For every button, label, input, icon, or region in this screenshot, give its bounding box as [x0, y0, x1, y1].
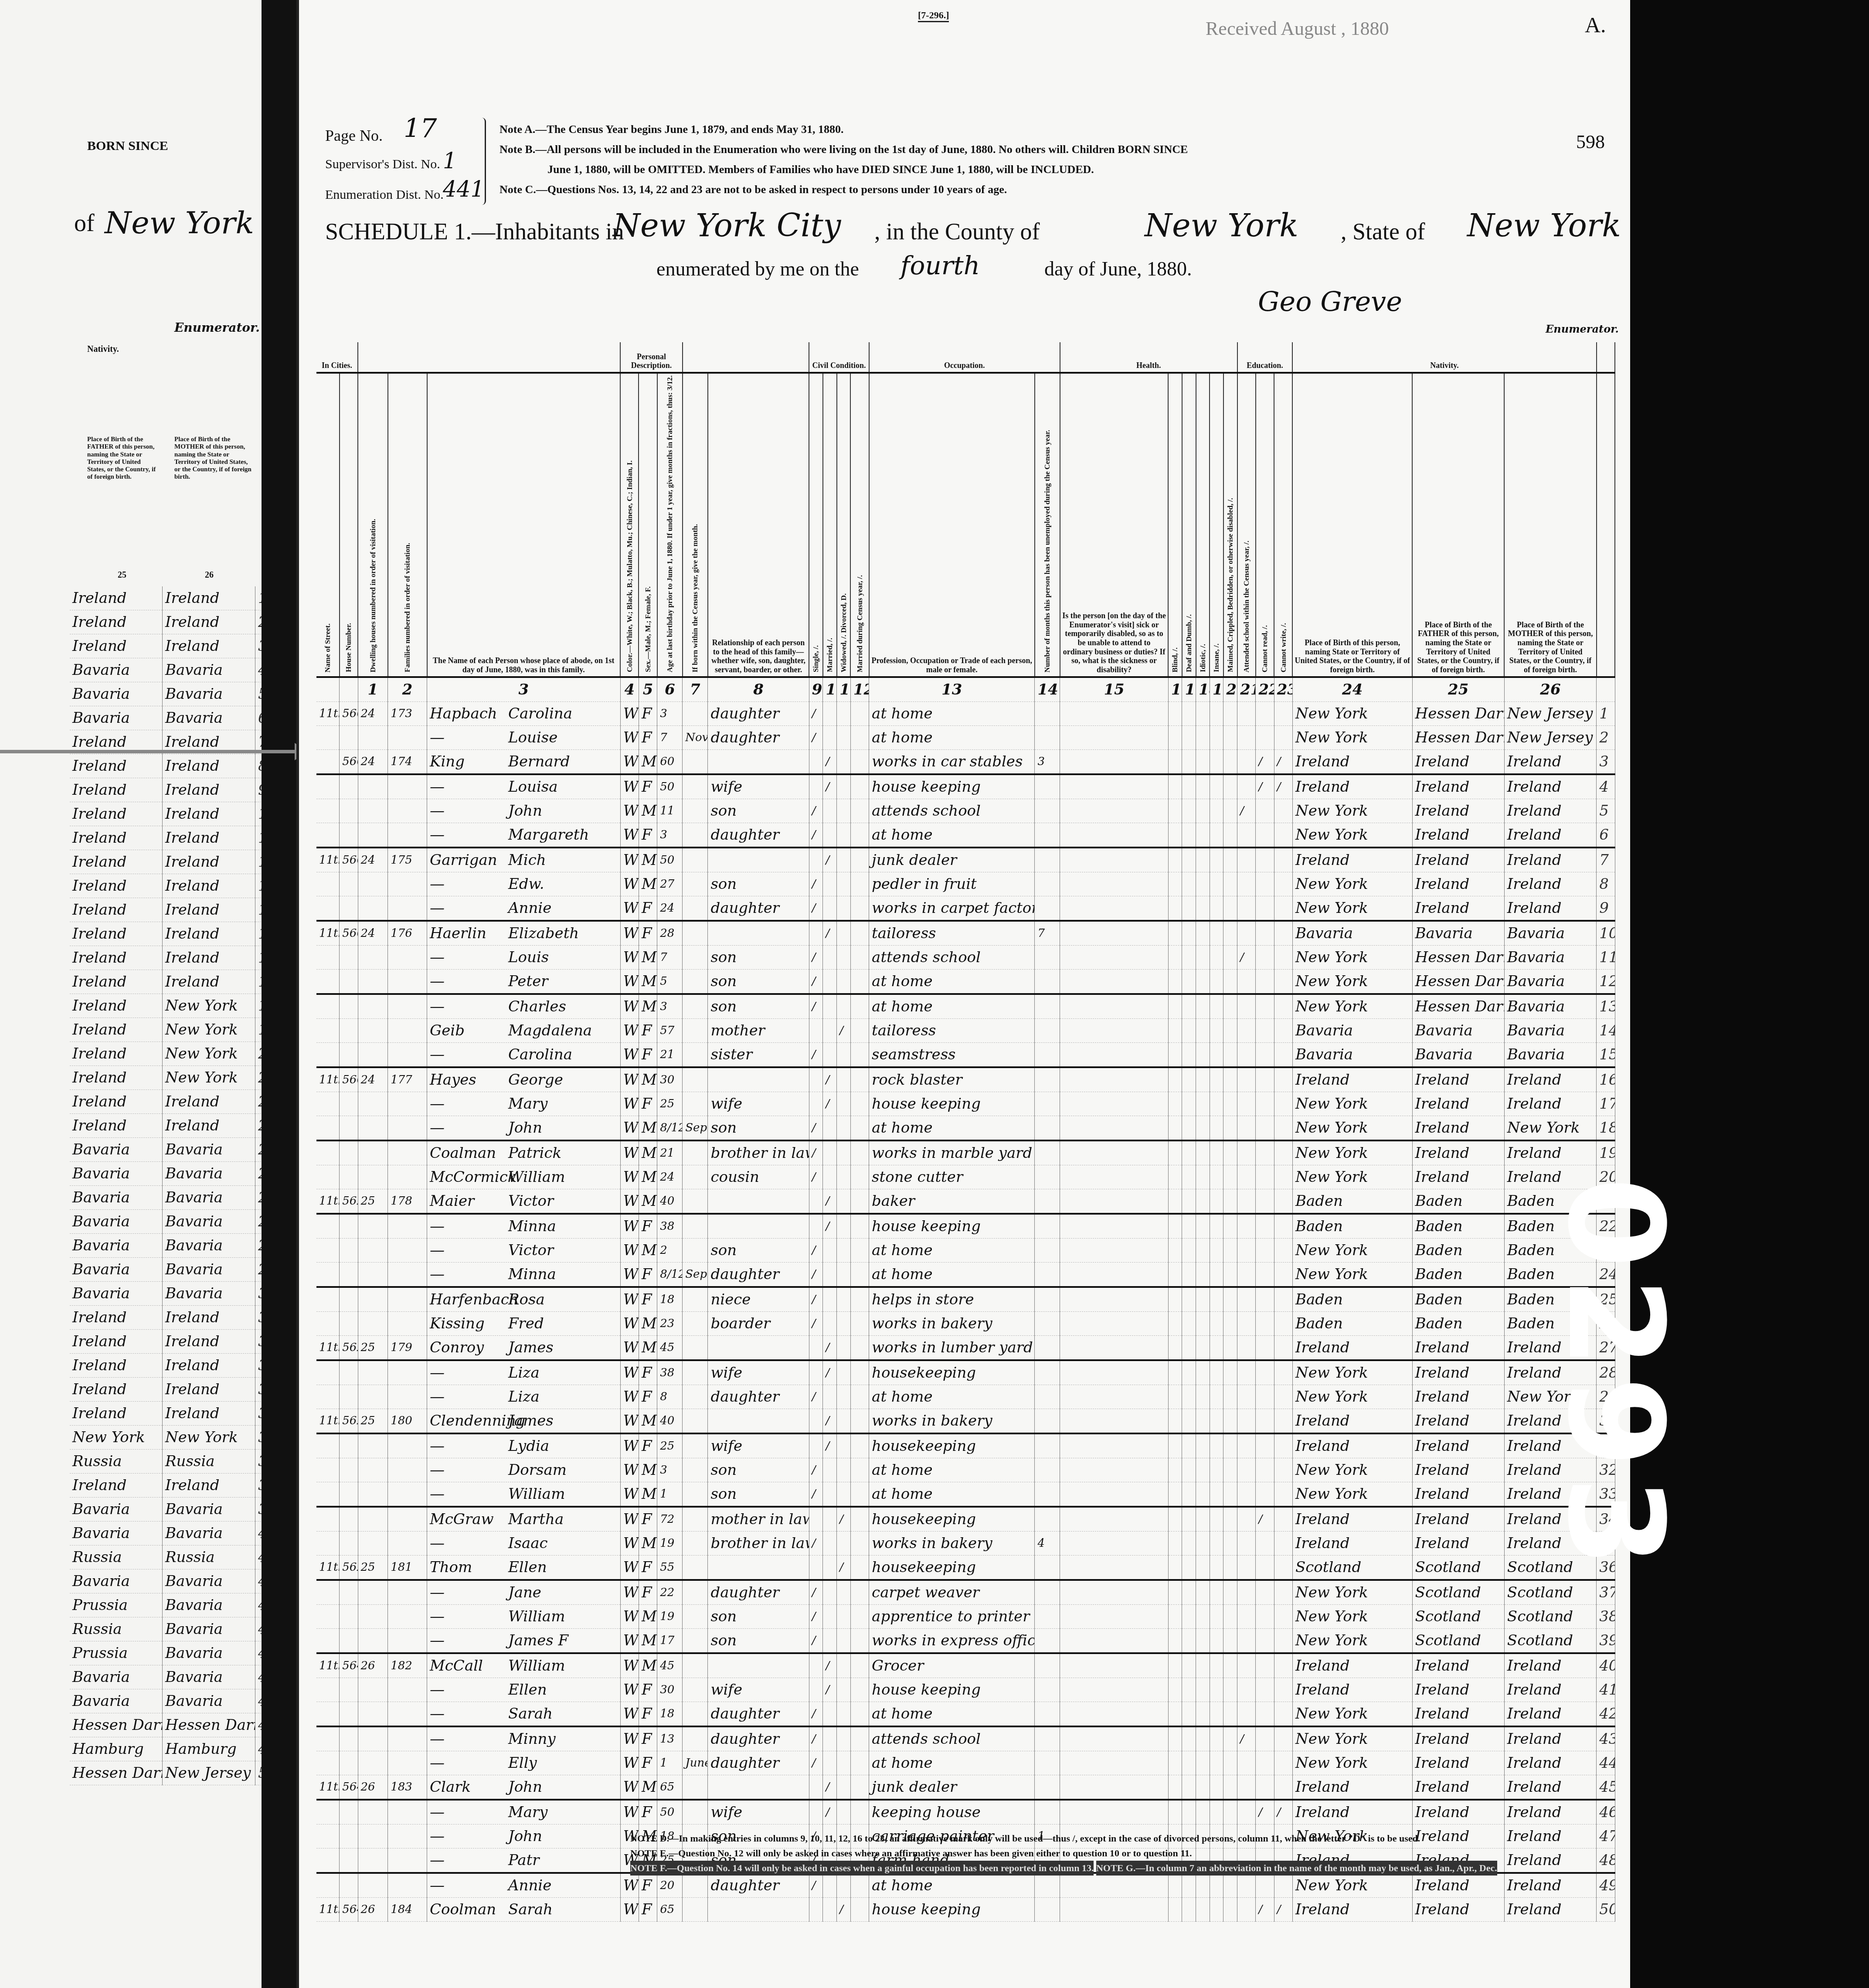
cell-line: 41 [1597, 1678, 1615, 1702]
census-row: —AnnieWF24daughter/works in carpet facto… [316, 896, 1615, 921]
census-row: 11th Ave56225180ClendenningJamesWM40/wor… [316, 1409, 1615, 1433]
cell-street [316, 1482, 340, 1507]
cell-dwelling: 24 [358, 749, 388, 774]
cell-married: / [823, 1214, 837, 1239]
cell-married [823, 1165, 837, 1189]
person-name: —Patr [427, 1848, 621, 1873]
cell-empty [1196, 1018, 1210, 1042]
cell-married [823, 1555, 837, 1580]
census-row: —LouisWM7son/attends school/New YorkHess… [316, 945, 1615, 969]
cell-street [316, 1580, 340, 1605]
cell-dwelling [358, 969, 388, 994]
group-occupation: Occupation. [869, 342, 1060, 373]
cell-occupation: tailoress [869, 1018, 1035, 1042]
cell-read [1256, 1189, 1274, 1214]
cell-relation [708, 1897, 809, 1921]
cell-empty [1168, 1335, 1182, 1360]
cell-dwelling [358, 1482, 388, 1507]
cell-single [809, 1555, 823, 1580]
cell-empty [1210, 799, 1223, 823]
cell-relation: niece [708, 1287, 809, 1312]
cell-house: 560 [340, 921, 358, 946]
cell-empty [1182, 1262, 1196, 1287]
cell-empty [1196, 1555, 1210, 1580]
cell-street [316, 774, 340, 799]
cell-father-birth: Ireland [70, 1402, 163, 1426]
cell-write [1274, 1385, 1292, 1409]
cell-empty [1210, 725, 1223, 749]
cell-color: W [620, 1726, 639, 1751]
cell-birth: Bavaria [1292, 1042, 1412, 1067]
cell-sex: M [639, 969, 657, 994]
left-row: IrelandIreland10 [70, 802, 274, 826]
column-header: Married during Census year, /. [850, 373, 869, 677]
cell-month [683, 1189, 708, 1214]
cell-empty [1196, 1238, 1210, 1262]
cell-dwelling [358, 1702, 388, 1726]
cell-empty [1210, 1580, 1223, 1605]
cell-mother-birth: Bavaria [163, 1498, 255, 1522]
cell-empty [1168, 823, 1182, 848]
cell-father-birth: Bavaria [70, 1258, 163, 1282]
cell-mother-birth: Bavaria [163, 706, 255, 730]
cell-street [316, 1165, 340, 1189]
cell-occupation: works in bakery [869, 1409, 1035, 1433]
cell-relation: mother in law [708, 1507, 809, 1532]
cell-empty [1182, 1800, 1196, 1825]
left-of-label: of [74, 209, 95, 237]
cell-md_yr [850, 1335, 869, 1360]
cell-empty [1223, 969, 1237, 994]
cell-line: 8 [1597, 872, 1615, 896]
cell-single: / [809, 969, 823, 994]
cell-father: Ireland [1412, 1165, 1504, 1189]
cell-sex: M [639, 1116, 657, 1140]
census-row: —LizaWF38wife/housekeepingNew YorkIrelan… [316, 1360, 1615, 1385]
cell-attend [1237, 1507, 1256, 1532]
cell-write [1274, 1653, 1292, 1678]
cell-family [388, 1238, 427, 1262]
column-header: Profession, Occupation or Trade of each … [869, 373, 1035, 677]
cell-empty [1168, 749, 1182, 774]
cell-dwelling [358, 1433, 388, 1458]
cell-single [809, 1189, 823, 1214]
cell-house [340, 1580, 358, 1605]
cell-married: / [823, 1067, 837, 1092]
person-name: McCormickWilliam [427, 1165, 621, 1189]
cell-attend [1237, 823, 1256, 848]
cell-sick [1060, 1067, 1168, 1092]
cell-relation: brother in law [708, 1531, 809, 1555]
left-row: BavariaBavaria27 [70, 1210, 274, 1234]
cell-sick [1060, 1311, 1168, 1335]
cell-age: 19 [657, 1531, 683, 1555]
cell-married [823, 1702, 837, 1726]
cell-dwelling: 26 [358, 1775, 388, 1800]
cell-empty [1223, 1042, 1237, 1067]
census-table: In Cities. Personal Description. Civil C… [316, 342, 1615, 1922]
given-name: Minna [508, 1266, 556, 1283]
cell-widowed [837, 1628, 851, 1653]
left-row: BavariaBavaria46 [70, 1665, 274, 1689]
cell-dwelling: 25 [358, 1409, 388, 1433]
cell-sick [1060, 1897, 1168, 1921]
cell-father: Baden [1412, 1189, 1504, 1214]
cell-widowed [837, 994, 851, 1019]
cell-empty [1210, 1800, 1223, 1825]
cell-dwelling [358, 1287, 388, 1312]
cell-dwelling [358, 1800, 388, 1825]
cell-empty [1210, 1897, 1223, 1921]
cell-unemp [1035, 1800, 1060, 1825]
cell-mother-birth: Ireland [163, 634, 255, 658]
cell-father-birth: Bavaria [70, 1186, 163, 1210]
cell-father: Ireland [1412, 1775, 1504, 1800]
cell-empty [1182, 1360, 1196, 1385]
column-number: 24 [1292, 677, 1412, 702]
cell-sick [1060, 1287, 1168, 1312]
cell-empty [1210, 1214, 1223, 1239]
surname: — [430, 1632, 508, 1649]
cell-married [823, 1287, 837, 1312]
given-name: Martha [508, 1511, 564, 1528]
cell-single: / [809, 994, 823, 1019]
cell-father-birth: Ireland [70, 1330, 163, 1354]
cell-empty [1168, 994, 1182, 1019]
cell-dwelling [358, 1604, 388, 1628]
cell-read [1256, 1409, 1274, 1433]
cell-unemp [1035, 1897, 1060, 1921]
cell-widowed [837, 1800, 851, 1825]
cell-mother: New Jersey [1504, 701, 1596, 725]
cell-house [340, 1702, 358, 1726]
cell-md_yr [850, 1018, 869, 1042]
group-civil: Civil Condition. [809, 342, 869, 373]
left-row: IrelandNew York20 [70, 1042, 274, 1066]
cell-father: Ireland [1412, 1067, 1504, 1092]
census-row: —EllenWF30wife/house keepingIrelandIrela… [316, 1678, 1615, 1702]
given-name: Mary [508, 1095, 548, 1113]
cell-month [683, 1702, 708, 1726]
cell-house [340, 1751, 358, 1775]
cell-line: 11 [1597, 945, 1615, 969]
person-name: HaerlinElizabeth [427, 921, 621, 946]
cell-sex: M [639, 1140, 657, 1165]
cell-line: 19 [1597, 1140, 1615, 1165]
cell-married [823, 1751, 837, 1775]
cell-line: 38 [1597, 1604, 1615, 1628]
column-header: Place of Birth of the FATHER of this per… [1412, 373, 1504, 677]
cell-unemp [1035, 1775, 1060, 1800]
cell-mother-birth: Hamburg [163, 1737, 255, 1761]
cell-single: / [809, 1580, 823, 1605]
cell-occupation: house keeping [869, 774, 1035, 799]
cell-age: 50 [657, 1800, 683, 1825]
cell-father-birth: Bavaria [70, 1234, 163, 1258]
given-name: Annie [508, 1877, 551, 1894]
cell-unemp [1035, 1702, 1060, 1726]
cell-read [1256, 1287, 1274, 1312]
cell-occupation: at home [869, 994, 1035, 1019]
cell-father-birth: Bavaria [70, 1282, 163, 1306]
column-header: Dwelling houses numbered in order of vis… [358, 373, 388, 677]
cell-birth: Ireland [1292, 1507, 1412, 1532]
given-name: Victor [508, 1242, 554, 1259]
cell-attend [1237, 896, 1256, 921]
cell-father: Scotland [1412, 1628, 1504, 1653]
surname: — [430, 729, 508, 746]
person-name: ClendenningJames [427, 1409, 621, 1433]
cell-mother-birth: Bavaria [163, 1665, 255, 1689]
cell-family [388, 1385, 427, 1409]
cell-md_yr [850, 1311, 869, 1335]
cell-single: / [809, 1262, 823, 1287]
cell-write [1274, 799, 1292, 823]
cell-relation: daughter [708, 1262, 809, 1287]
cell-empty [1210, 749, 1223, 774]
census-row: —JohnWM8/12Septson/at homeNew YorkIrelan… [316, 1116, 1615, 1140]
cell-sex: F [639, 921, 657, 946]
cell-read [1256, 823, 1274, 848]
cell-empty [1182, 1287, 1196, 1312]
cell-relation [708, 1775, 809, 1800]
enumerated-day: fourth [901, 251, 980, 280]
cell-empty [1168, 872, 1182, 896]
surname: Haerlin [430, 925, 508, 942]
microfilm-number: 0293 [1539, 1177, 1691, 1576]
cell-house [340, 1214, 358, 1239]
cell-dwelling [358, 1678, 388, 1702]
surname: — [430, 949, 508, 966]
cell-father-birth: Ireland [70, 994, 163, 1018]
cell-father: Ireland [1412, 1433, 1504, 1458]
cell-relation: daughter [708, 1385, 809, 1409]
cell-relation: cousin [708, 1165, 809, 1189]
cell-sick [1060, 701, 1168, 725]
cell-unemp [1035, 945, 1060, 969]
cell-street [316, 1751, 340, 1775]
left-row: BavariaBavaria25 [70, 1162, 274, 1186]
cell-father-birth: Prussia [70, 1593, 163, 1617]
cell-empty [1182, 701, 1196, 725]
cell-father: Ireland [1412, 1458, 1504, 1482]
cell-empty [1168, 1678, 1182, 1702]
cell-relation [708, 921, 809, 946]
cell-write [1274, 1140, 1292, 1165]
cell-occupation: baker [869, 1189, 1035, 1214]
cell-mother: Bavaria [1504, 1018, 1596, 1042]
cell-father-birth: Hessen Darmst [70, 1761, 163, 1785]
cell-sick [1060, 1507, 1168, 1532]
column-header: Blind, /. [1168, 373, 1182, 677]
cell-dwelling [358, 872, 388, 896]
surname: Maier [430, 1192, 508, 1210]
group-education: Education. [1237, 342, 1293, 373]
left-row: IrelandIreland35 [70, 1402, 274, 1426]
person-name: —Mary [427, 1092, 621, 1116]
person-name: —Louise [427, 725, 621, 749]
cell-married: / [823, 1433, 837, 1458]
column-number: 7 [683, 677, 708, 702]
cell-month [683, 969, 708, 994]
cell-father-birth: Bavaria [70, 1522, 163, 1545]
cell-age: 13 [657, 1726, 683, 1751]
cell-occupation: at home [869, 1751, 1035, 1775]
form-code: [7-296.] [918, 10, 949, 22]
census-row: —MinnaWF38/house keepingBadenBadenBaden2… [316, 1214, 1615, 1239]
cell-occupation: works in carpet factory [869, 896, 1035, 921]
film-edge [1630, 0, 1869, 1988]
left-row: BavariaBavaria29 [70, 1258, 274, 1282]
cell-line: 43 [1597, 1726, 1615, 1751]
census-row: McGrawMarthaWF72mother in law/housekeepi… [316, 1507, 1615, 1532]
cell-sick [1060, 1678, 1168, 1702]
cell-empty [1182, 725, 1196, 749]
cell-street [316, 994, 340, 1019]
column-number: 20 [1223, 677, 1237, 702]
cell-age: 21 [657, 1140, 683, 1165]
surname: — [430, 1877, 508, 1894]
given-name: William [508, 1485, 565, 1503]
cell-month [683, 1360, 708, 1385]
left-row: IrelandIreland15 [70, 922, 274, 946]
cell-empty [1196, 1897, 1210, 1921]
cell-line: 13 [1597, 994, 1615, 1019]
column-number: 8 [708, 677, 809, 702]
cell-unemp [1035, 823, 1060, 848]
cell-birth: New York [1292, 701, 1412, 725]
cell-father: Bavaria [1412, 1042, 1504, 1067]
cell-empty [1196, 1800, 1210, 1825]
cell-md_yr [850, 1214, 869, 1239]
cell-month [683, 1092, 708, 1116]
surname: Hayes [430, 1071, 508, 1089]
surname: Garrigan [430, 851, 508, 869]
cell-mother-birth: Bavaria [163, 1162, 255, 1186]
cell-empty [1182, 1628, 1196, 1653]
column-number: 12 [850, 677, 869, 702]
cell-family: 174 [388, 749, 427, 774]
left-row: IrelandIreland1 [70, 586, 274, 610]
cell-house [340, 1165, 358, 1189]
cell-father-birth: Ireland [70, 1474, 163, 1498]
cell-md_yr [850, 1800, 869, 1825]
cell-empty [1182, 1482, 1196, 1507]
cell-empty [1210, 1653, 1223, 1678]
cell-sex: F [639, 1018, 657, 1042]
cell-md_yr [850, 823, 869, 848]
cell-age: 30 [657, 1067, 683, 1092]
cell-mother: Ireland [1504, 1775, 1596, 1800]
cell-md_yr [850, 1555, 869, 1580]
person-name: —Lydia [427, 1433, 621, 1458]
cell-mother: Ireland [1504, 1897, 1596, 1921]
column-number: 17 [1182, 677, 1196, 702]
column-number: 22 [1256, 677, 1274, 702]
column-header: Widowed, /. Divorced, D. [837, 373, 851, 677]
cell-write [1274, 1580, 1292, 1605]
cell-empty [1182, 1678, 1196, 1702]
cell-occupation: attends school [869, 1726, 1035, 1751]
cell-father: Ireland [1412, 1751, 1504, 1775]
cell-father-birth: Ireland [70, 970, 163, 994]
cell-dwelling [358, 823, 388, 848]
cell-sex: F [639, 1800, 657, 1825]
cell-relation: son [708, 1116, 809, 1140]
column-header: Place of Birth of the MOTHER of this per… [1504, 373, 1596, 677]
cell-empty [1210, 1335, 1223, 1360]
cell-unemp [1035, 1604, 1060, 1628]
cell-mother: Ireland [1504, 1848, 1596, 1873]
cell-write [1274, 1067, 1292, 1092]
cell-house [340, 1482, 358, 1507]
cell-age: 21 [657, 1042, 683, 1067]
cell-relation: son [708, 994, 809, 1019]
cell-month [683, 921, 708, 946]
census-row: —WilliamWM19son/apprentice to printerNew… [316, 1604, 1615, 1628]
cell-color: W [620, 1482, 639, 1507]
cell-sex: F [639, 1360, 657, 1385]
cell-empty [1182, 1507, 1196, 1532]
column-header: Relationship of each person to the head … [708, 373, 809, 677]
cell-color: W [620, 945, 639, 969]
cell-attend [1237, 848, 1256, 872]
person-name: —Liza [427, 1360, 621, 1385]
cell-attend [1237, 1751, 1256, 1775]
person-name: —Jane [427, 1580, 621, 1605]
cell-dwelling: 24 [358, 921, 388, 946]
cell-single [809, 921, 823, 946]
cell-age: 27 [657, 872, 683, 896]
cell-empty [1182, 1018, 1196, 1042]
cell-family [388, 1873, 427, 1898]
cell-age: 25 [657, 1433, 683, 1458]
cell-read [1256, 1385, 1274, 1409]
cell-widowed [837, 1580, 851, 1605]
cell-age: 45 [657, 1653, 683, 1678]
column-number: 16 [1168, 677, 1182, 702]
cell-write [1274, 1873, 1292, 1898]
cell-empty [1223, 872, 1237, 896]
left-row: BavariaBavaria42 [70, 1569, 274, 1593]
cell-married [823, 799, 837, 823]
cell-street: 11th Ave [316, 1189, 340, 1214]
corner-letter: A. [1585, 12, 1606, 37]
cell-mother: Ireland [1504, 1653, 1596, 1678]
cell-widowed [837, 1726, 851, 1751]
cell-color: W [620, 1140, 639, 1165]
cell-occupation: carpet weaver [869, 1580, 1035, 1605]
cell-father-birth: Russia [70, 1450, 163, 1474]
cell-empty [1210, 701, 1223, 725]
given-name: Magdalena [508, 1022, 592, 1039]
cell-empty [1182, 774, 1196, 799]
cell-write [1274, 1238, 1292, 1262]
surname: — [430, 1754, 508, 1772]
surname: King [430, 753, 508, 770]
cell-occupation: helps in store [869, 1287, 1035, 1312]
surname: — [430, 1681, 508, 1699]
cell-unemp [1035, 701, 1060, 725]
cell-empty [1196, 1140, 1210, 1165]
cell-married: / [823, 1775, 837, 1800]
cell-house: 560 [340, 848, 358, 872]
cell-color: W [620, 1018, 639, 1042]
column-number: 9 [809, 677, 823, 702]
left-row: IrelandNew York21 [70, 1066, 274, 1090]
surname: — [430, 826, 508, 844]
cell-family [388, 1433, 427, 1458]
